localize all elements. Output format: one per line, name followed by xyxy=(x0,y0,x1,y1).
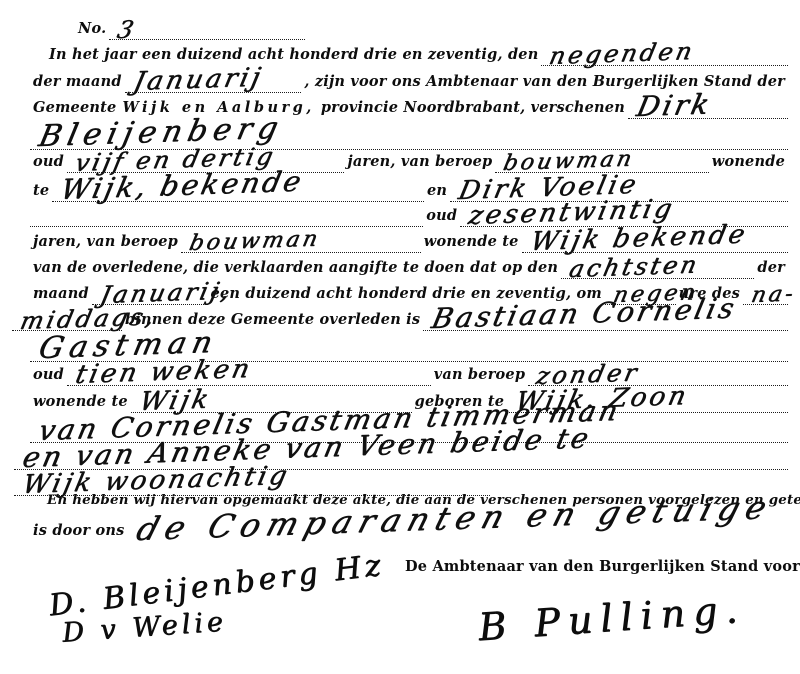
printed-text: der maand xyxy=(30,74,125,93)
printed-text: oud xyxy=(30,367,67,386)
handwritten-deceased-age-entry: tien weken xyxy=(67,359,431,386)
printed-text: van de overledene, die verklaarden aangi… xyxy=(30,260,561,279)
handwritten-daypart2-entry: middags, xyxy=(12,306,122,331)
handwritten-residence2-entry: Wijk bekende xyxy=(522,226,788,253)
act-line-year: In het jaar een duizend acht honderd dri… xyxy=(46,42,788,66)
printed-text: In het jaar een duizend acht honderd dri… xyxy=(46,47,541,66)
registrar-title-line: De Ambtenaar van den Burgerlijken Stand … xyxy=(402,558,792,578)
act-number-label: No. xyxy=(75,21,109,40)
act-line-death-day: van de overledene, die verklaarden aangi… xyxy=(30,255,788,279)
handwritten-residence1: Wijk, bekende xyxy=(58,168,306,204)
printed-text: is door ons xyxy=(30,523,127,542)
printed-text: provincie Noordbrabant, verschenen xyxy=(318,100,628,119)
handwritten-residence2: Wijk bekende xyxy=(528,222,750,255)
printed-text: wonende xyxy=(709,154,788,173)
printed-text: en xyxy=(424,183,450,202)
handwritten-death-day: achtsten xyxy=(567,253,702,281)
handwritten-residence1-entry: Wijk, bekende xyxy=(52,173,424,202)
handwritten-month: Januarij xyxy=(131,65,265,95)
act-line-declarant2-occupation: jaren, van beroep bouwman wonende te Wij… xyxy=(30,229,788,253)
handwritten-closing-entry: de Comparanten en getuige xyxy=(127,510,788,542)
act-number-entry: 3 xyxy=(109,15,305,40)
handwritten-death-day-entry: achtsten xyxy=(561,254,754,279)
handwritten-deceased-age: tien weken xyxy=(73,356,255,388)
handwritten-deceased-first: Bastiaan Cornelis xyxy=(429,294,739,333)
printed-text: der xyxy=(754,260,788,279)
printed-text: te xyxy=(30,183,52,202)
dotted-leader xyxy=(30,226,423,227)
signature-registrar: B Pulling. xyxy=(477,587,747,650)
handwritten-declarant1-first-entry: Dirk xyxy=(628,90,788,119)
registrar-title-text: De Ambtenaar van den Burgerlijken Stand … xyxy=(402,559,800,578)
act-line-declarant1-surname: Bleijenberg xyxy=(30,120,788,150)
handwritten-death-month-entry: Januarij, xyxy=(92,280,208,305)
handwritten-declarant1-surname-entry: Bleijenberg xyxy=(30,119,788,150)
printed-text: jaren, van beroep xyxy=(30,234,181,253)
act-number-row: No. 3 xyxy=(75,12,305,40)
printed-text: maand xyxy=(30,286,92,305)
handwritten-day-entry: negenden xyxy=(541,41,788,66)
handwritten-occupation2-entry: bouwman xyxy=(181,230,421,253)
printed-text: oud xyxy=(30,154,67,173)
handwritten-occupation1-entry: bouwman xyxy=(495,150,708,173)
handwritten-declarant1-first: Dirk xyxy=(634,90,714,121)
death-certificate-scan: No. 3 In het jaar een duizend acht honde… xyxy=(0,0,800,674)
printed-text: oud xyxy=(423,208,460,227)
printed-text: wonende te xyxy=(421,234,522,253)
act-number-value: 3 xyxy=(115,17,139,42)
handwritten-deceased-first-entry: Bastiaan Cornelis xyxy=(423,302,788,331)
handwritten-day: negenden xyxy=(547,39,697,68)
handwritten-month-entry: Januarij xyxy=(125,66,302,93)
printed-text: wonende te xyxy=(30,394,131,413)
act-closing-line2: is door ons de Comparanten en getuige xyxy=(30,508,788,542)
handwritten-occupation2: bouwman xyxy=(187,228,322,255)
printed-text: van beroep xyxy=(431,367,528,386)
printed-text: jaren, van beroep xyxy=(344,154,495,173)
